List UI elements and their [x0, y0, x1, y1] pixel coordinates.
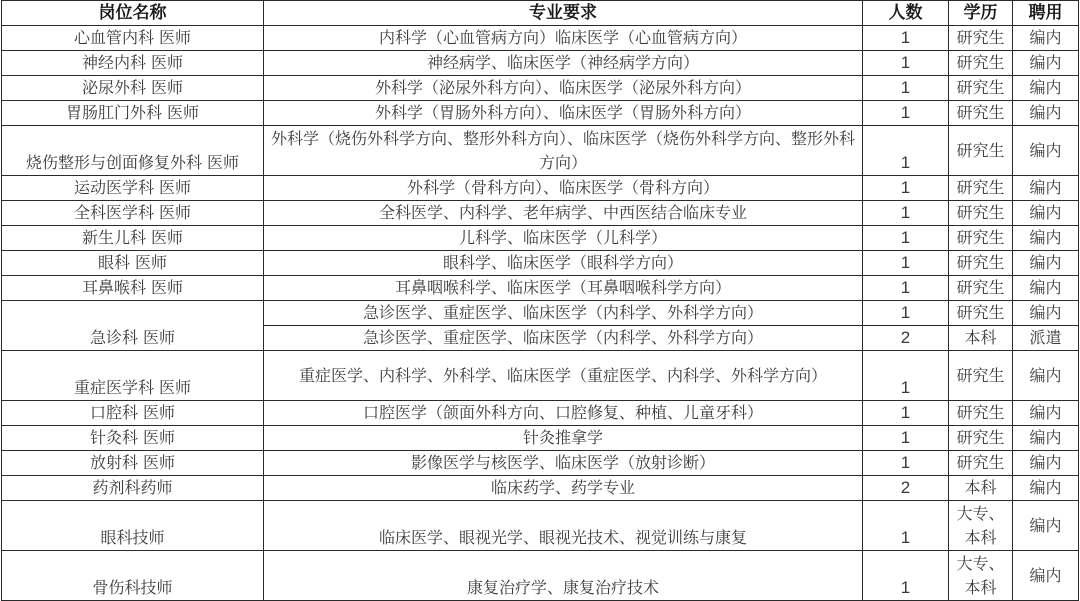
- hiring-cell: 编内: [1013, 276, 1079, 301]
- hiring-cell: 编内: [1013, 26, 1079, 51]
- position-cell: 针灸科 医师: [2, 426, 264, 451]
- position-cell: 胃肠肛门外科 医师: [2, 101, 264, 126]
- requirement-cell: 儿科学、临床医学（儿科学）: [264, 226, 863, 251]
- table-row: 耳鼻喉科 医师 耳鼻咽喉科学、临床医学（耳鼻咽喉科学方向） 1 研究生 编内: [2, 276, 1079, 301]
- hiring-cell: 编内: [1013, 226, 1079, 251]
- table-row: 药剂科药师 临床药学、药学专业 2 本科 编内: [2, 476, 1079, 501]
- position-cell: 眼科 医师: [2, 251, 264, 276]
- education-cell: 研究生: [949, 76, 1013, 101]
- table-row: 运动医学科 医师 外科学（骨科方向）、临床医学（骨科方向） 1 研究生 编内: [2, 176, 1079, 201]
- education-cell: 研究生: [949, 176, 1013, 201]
- count-cell: 1: [863, 26, 949, 51]
- count-cell: 1: [863, 201, 949, 226]
- position-cell: 耳鼻喉科 医师: [2, 276, 264, 301]
- table-row: 心血管内科 医师 内科学（心血管病方向）临床医学（心血管病方向） 1 研究生 编…: [2, 26, 1079, 51]
- header-row: 岗位名称 专业要求 人数 学历 聘用: [2, 1, 1079, 26]
- education-cell: 研究生: [949, 126, 1013, 176]
- position-cell: 放射科 医师: [2, 451, 264, 476]
- position-cell: 运动医学科 医师: [2, 176, 264, 201]
- education-cell: 大专、本科: [949, 551, 1013, 601]
- requirement-cell: 针灸推拿学: [264, 426, 863, 451]
- position-cell: 眼科技师: [2, 501, 264, 551]
- education-cell: 研究生: [949, 301, 1013, 326]
- count-cell: 1: [863, 551, 949, 601]
- education-cell: 研究生: [949, 51, 1013, 76]
- count-cell: 1: [863, 251, 949, 276]
- education-cell: 本科: [949, 326, 1013, 351]
- count-cell: 1: [863, 226, 949, 251]
- requirement-cell: 外科学（骨科方向）、临床医学（骨科方向）: [264, 176, 863, 201]
- education-cell: 研究生: [949, 251, 1013, 276]
- header-count: 人数: [863, 1, 949, 26]
- table-row: 口腔科 医师 口腔医学（颌面外科方向、口腔修复、种植、儿童牙科） 1 研究生 编…: [2, 401, 1079, 426]
- education-cell: 研究生: [949, 451, 1013, 476]
- hiring-cell: 编内: [1013, 501, 1079, 551]
- count-cell: 1: [863, 276, 949, 301]
- header-requirement: 专业要求: [264, 1, 863, 26]
- requirement-cell: 全科医学、内科学、老年病学、中西医结合临床专业: [264, 201, 863, 226]
- position-cell: 烧伤整形与创面修复外科 医师: [2, 126, 264, 176]
- education-cell: 研究生: [949, 401, 1013, 426]
- hiring-cell: 编内: [1013, 126, 1079, 176]
- requirement-cell: 耳鼻咽喉科学、临床医学（耳鼻咽喉科学方向）: [264, 276, 863, 301]
- hiring-cell: 编内: [1013, 551, 1079, 601]
- table-row: 眼科技师 临床医学、眼视光学、眼视光技术、视觉训练与康复 1 大专、本科 编内: [2, 501, 1079, 551]
- hiring-cell: 编内: [1013, 451, 1079, 476]
- position-cell: 神经内科 医师: [2, 51, 264, 76]
- hiring-cell: 编内: [1013, 476, 1079, 501]
- requirement-cell: 口腔医学（颌面外科方向、口腔修复、种植、儿童牙科）: [264, 401, 863, 426]
- hiring-cell: 编内: [1013, 426, 1079, 451]
- requirement-cell: 急诊医学、重症医学、临床医学（内科学、外科学方向）: [264, 301, 863, 326]
- requirement-cell: 内科学（心血管病方向）临床医学（心血管病方向）: [264, 26, 863, 51]
- position-cell: 急诊科 医师: [2, 301, 264, 351]
- count-cell: 1: [863, 401, 949, 426]
- count-cell: 1: [863, 126, 949, 176]
- requirement-cell: 外科学（烧伤外科学方向、整形外科方向）、临床医学（烧伤外科学方向、整形外科方向）: [264, 126, 863, 176]
- education-cell: 研究生: [949, 426, 1013, 451]
- education-cell: 研究生: [949, 351, 1013, 401]
- education-cell: 大专、本科: [949, 501, 1013, 551]
- table-row: 胃肠肛门外科 医师 外科学（胃肠外科方向）、临床医学（胃肠外科方向） 1 研究生…: [2, 101, 1079, 126]
- requirement-cell: 外科学（泌尿外科方向）、临床医学（泌尿外科方向）: [264, 76, 863, 101]
- position-cell: 心血管内科 医师: [2, 26, 264, 51]
- count-cell: 1: [863, 426, 949, 451]
- count-cell: 1: [863, 176, 949, 201]
- education-cell: 本科: [949, 476, 1013, 501]
- table-row: 针灸科 医师 针灸推拿学 1 研究生 编内: [2, 426, 1079, 451]
- header-position: 岗位名称: [2, 1, 264, 26]
- requirement-cell: 神经病学、临床医学（神经病学方向）: [264, 51, 863, 76]
- hiring-cell: 编内: [1013, 251, 1079, 276]
- requirement-cell: 临床医学、眼视光学、眼视光技术、视觉训练与康复: [264, 501, 863, 551]
- hiring-cell: 编内: [1013, 76, 1079, 101]
- position-cell: 药剂科药师: [2, 476, 264, 501]
- education-cell: 研究生: [949, 201, 1013, 226]
- requirement-cell: 眼科学、临床医学（眼科学方向）: [264, 251, 863, 276]
- hiring-cell: 编内: [1013, 401, 1079, 426]
- hiring-cell: 编内: [1013, 201, 1079, 226]
- recruitment-table: 岗位名称 专业要求 人数 学历 聘用 心血管内科 医师 内科学（心血管病方向）临…: [1, 0, 1079, 601]
- requirement-cell: 外科学（胃肠外科方向）、临床医学（胃肠外科方向）: [264, 101, 863, 126]
- count-cell: 1: [863, 351, 949, 401]
- hiring-cell: 编内: [1013, 101, 1079, 126]
- position-cell: 新生儿科 医师: [2, 226, 264, 251]
- education-cell: 研究生: [949, 101, 1013, 126]
- table-row: 骨伤科技师 康复治疗学、康复治疗技术 1 大专、本科 编内: [2, 551, 1079, 601]
- table-row: 急诊科 医师 急诊医学、重症医学、临床医学（内科学、外科学方向） 1 研究生 编…: [2, 301, 1079, 326]
- table-row: 新生儿科 医师 儿科学、临床医学（儿科学） 1 研究生 编内: [2, 226, 1079, 251]
- position-cell: 全科医学科 医师: [2, 201, 264, 226]
- hiring-cell: 编内: [1013, 51, 1079, 76]
- table-row: 眼科 医师 眼科学、临床医学（眼科学方向） 1 研究生 编内: [2, 251, 1079, 276]
- position-cell: 骨伤科技师: [2, 551, 264, 601]
- count-cell: 1: [863, 451, 949, 476]
- requirement-cell: 重症医学、内科学、外科学、临床医学（重症医学、内科学、外科学方向）: [264, 351, 863, 401]
- table-row: 神经内科 医师 神经病学、临床医学（神经病学方向） 1 研究生 编内: [2, 51, 1079, 76]
- requirement-cell: 临床药学、药学专业: [264, 476, 863, 501]
- count-cell: 1: [863, 51, 949, 76]
- education-cell: 研究生: [949, 226, 1013, 251]
- requirement-cell: 影像医学与核医学、临床医学（放射诊断）: [264, 451, 863, 476]
- count-cell: 2: [863, 326, 949, 351]
- hiring-cell: 编内: [1013, 176, 1079, 201]
- count-cell: 1: [863, 101, 949, 126]
- education-cell: 研究生: [949, 26, 1013, 51]
- table-row: 全科医学科 医师 全科医学、内科学、老年病学、中西医结合临床专业 1 研究生 编…: [2, 201, 1079, 226]
- table-row: 重症医学科 医师 重症医学、内科学、外科学、临床医学（重症医学、内科学、外科学方…: [2, 351, 1079, 401]
- hiring-cell: 派遣: [1013, 326, 1079, 351]
- table-row: 泌尿外科 医师 外科学（泌尿外科方向）、临床医学（泌尿外科方向） 1 研究生 编…: [2, 76, 1079, 101]
- table-row: 烧伤整形与创面修复外科 医师 外科学（烧伤外科学方向、整形外科方向）、临床医学（…: [2, 126, 1079, 176]
- education-cell: 研究生: [949, 276, 1013, 301]
- position-cell: 泌尿外科 医师: [2, 76, 264, 101]
- position-cell: 口腔科 医师: [2, 401, 264, 426]
- header-education: 学历: [949, 1, 1013, 26]
- count-cell: 1: [863, 301, 949, 326]
- hiring-cell: 编内: [1013, 351, 1079, 401]
- position-cell: 重症医学科 医师: [2, 351, 264, 401]
- header-hiring: 聘用: [1013, 1, 1079, 26]
- count-cell: 1: [863, 501, 949, 551]
- table-row: 放射科 医师 影像医学与核医学、临床医学（放射诊断） 1 研究生 编内: [2, 451, 1079, 476]
- hiring-cell: 编内: [1013, 301, 1079, 326]
- count-cell: 1: [863, 76, 949, 101]
- requirement-cell: 急诊医学、重症医学、临床医学（内科学、外科学方向）: [264, 326, 863, 351]
- count-cell: 2: [863, 476, 949, 501]
- requirement-cell: 康复治疗学、康复治疗技术: [264, 551, 863, 601]
